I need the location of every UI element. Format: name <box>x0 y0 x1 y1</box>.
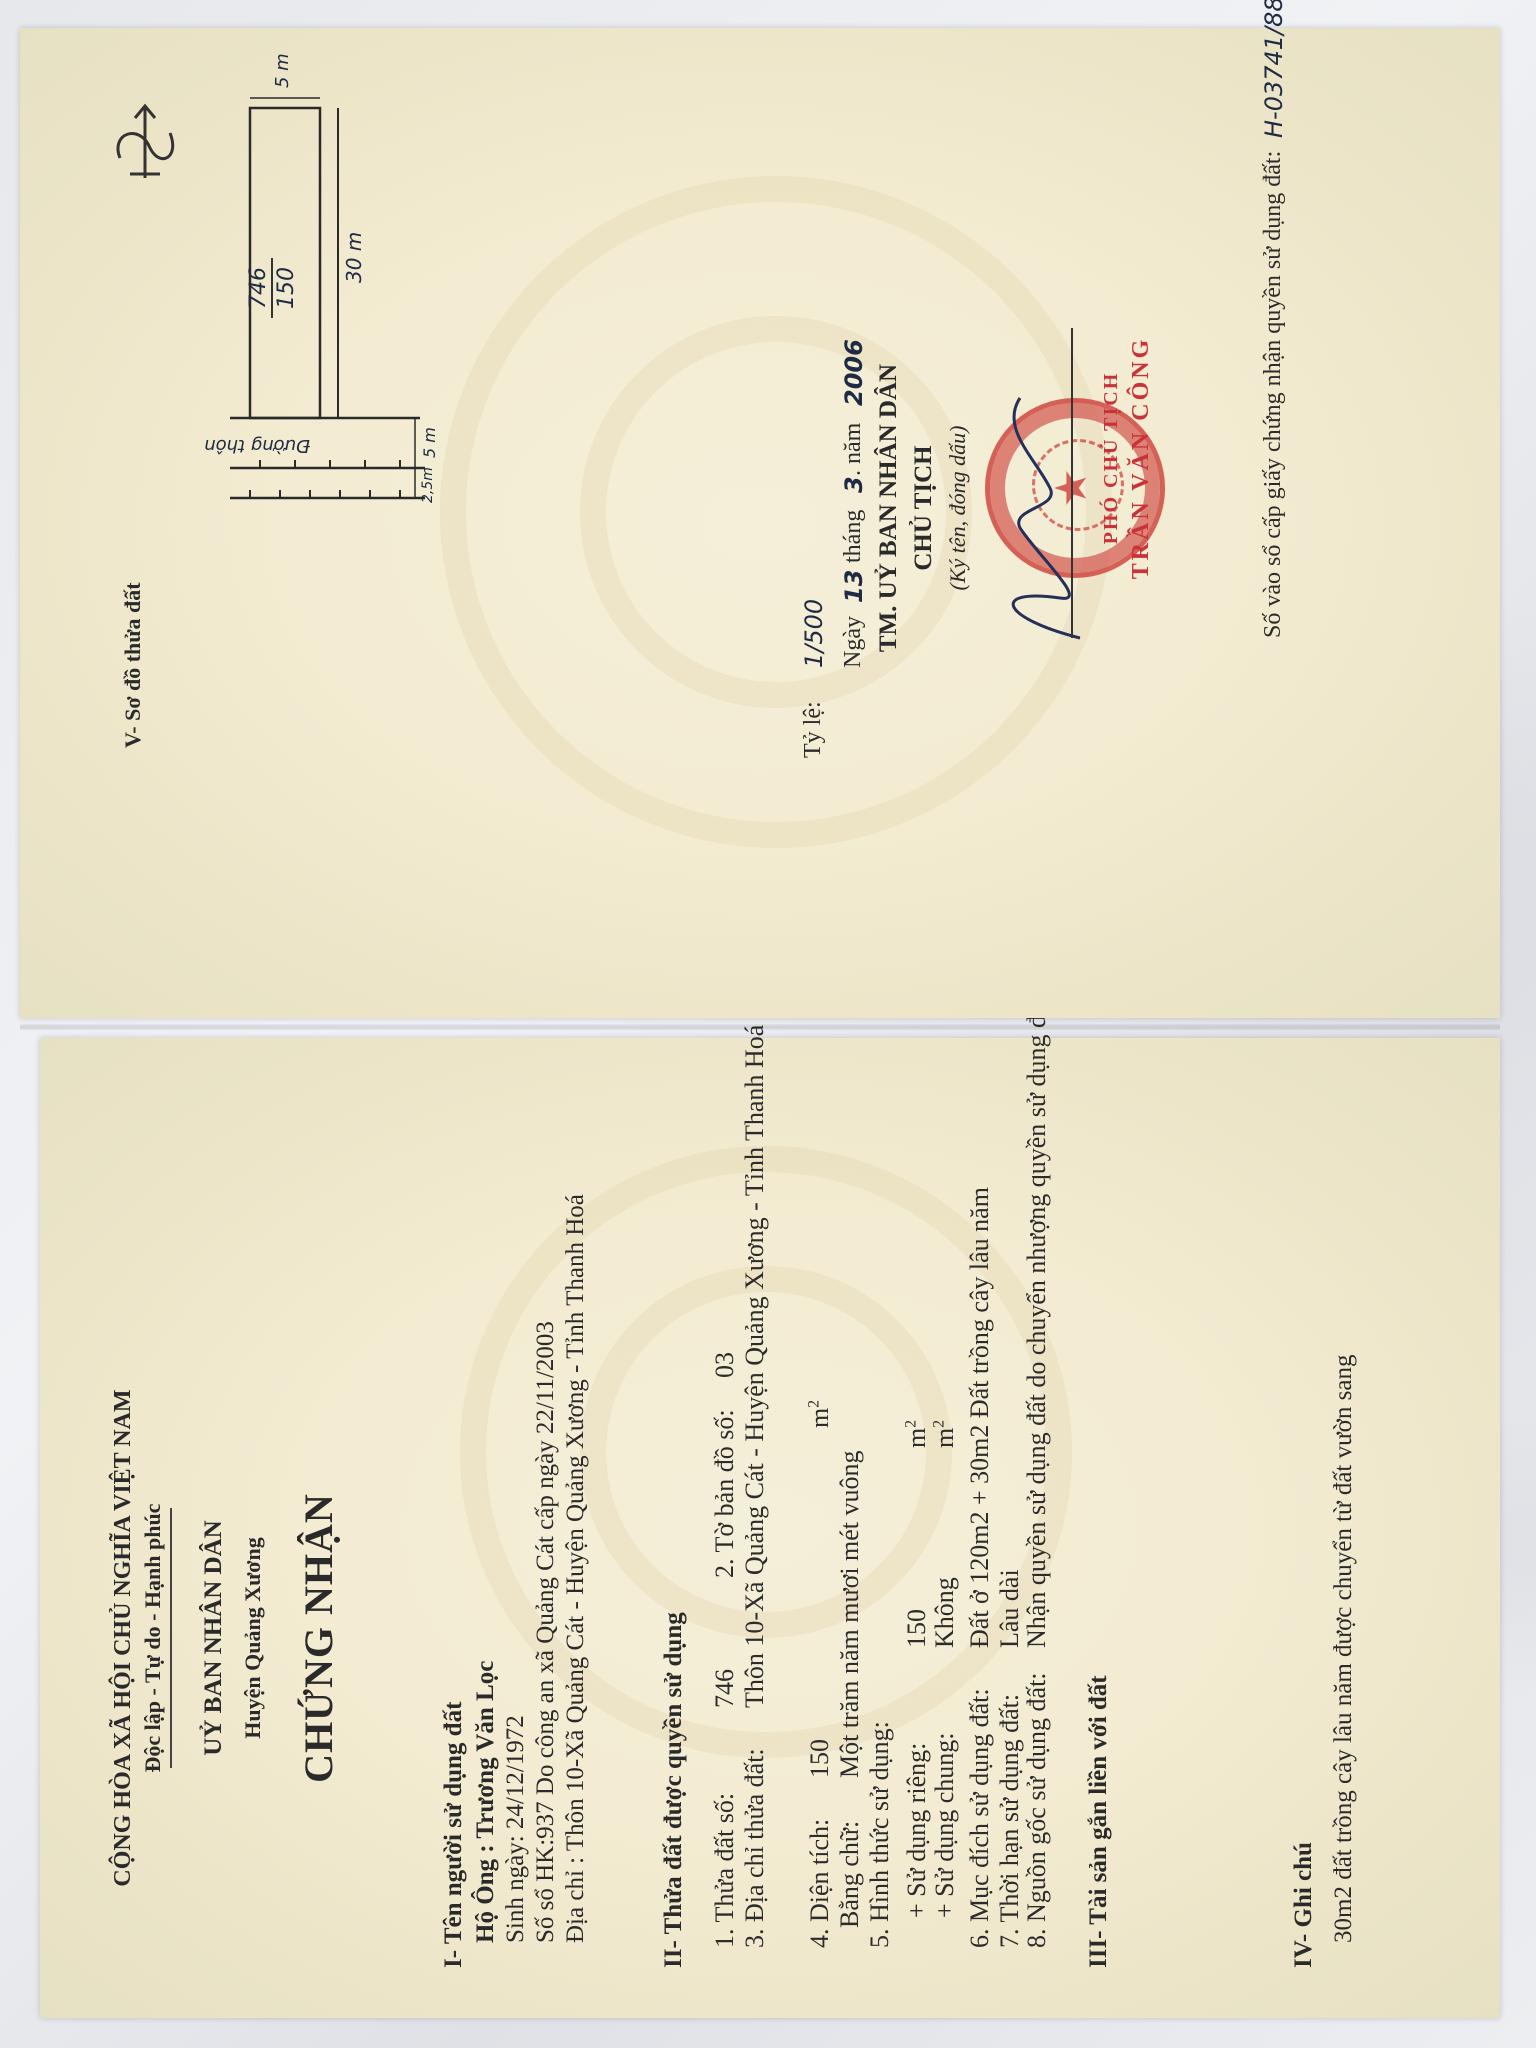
origin-value: Nhận quyền sử dụng đất do chuyển nhượng … <box>1022 977 1052 1648</box>
private-use-value: 150 <box>902 1609 932 1648</box>
road-width-label: 5 m <box>420 427 439 458</box>
year-prefix: . năm <box>840 423 867 476</box>
holder-name: Hộ Ông : Trương Văn Lọc <box>472 1661 500 1943</box>
usage-form-label: 5. Hình thức sử dụng: <box>865 1721 895 1948</box>
road-label: Đường thôn <box>204 435 310 456</box>
month-prefix: tháng <box>840 510 867 563</box>
purpose-label: 6. Mục đích sử dụng đất: <box>965 1688 995 1948</box>
parcel-number-label: 1. Thửa đất số: <box>710 1793 740 1948</box>
scale-label: Tỷ lệ: <box>800 701 827 758</box>
section4-heading: IV- Ghi chú <box>1290 1842 1318 1968</box>
parcel-address-value: Thôn 10-Xã Quảng Cát - Huyện Quảng Xương… <box>740 1025 770 1708</box>
verge-width-label: 2,5m <box>420 467 436 503</box>
on-behalf-label: TM. UỶ BAN NHÂN DÂN <box>875 298 903 718</box>
signer-role: CHỦ TỊCH <box>910 298 938 718</box>
term-value: Lâu dài <box>995 1569 1025 1648</box>
purpose-value: Đất ở 120m2 + 30m2 Đất trồng cây lâu năm <box>965 1187 995 1648</box>
household-book: Số sổ HK:937 Do công an xã Quảng Cát cấp… <box>532 1321 560 1943</box>
section2-heading: II- Thửa đất được quyền sử dụng <box>660 1612 688 1968</box>
issue-day: 13 <box>840 570 868 603</box>
plot-width-label: 5 m <box>272 53 293 88</box>
plot-length-label: 30 m <box>342 232 366 283</box>
page-fold <box>20 1024 1500 1030</box>
area-words-value: Một trăm năm mươi mét vuông <box>835 1450 865 1778</box>
parcel-address-label: 3. Địa chỉ thửa đất: <box>740 1748 770 1948</box>
national-motto: Độc lập - Tự do - Hạnh phúc <box>140 1358 166 1918</box>
shared-use-unit: m2 <box>930 1420 960 1448</box>
plot-parcel-number: 746 <box>246 258 273 318</box>
registry-number: H-03741/8800 <box>1260 0 1288 138</box>
parcel-number-value: 746 <box>710 1669 740 1708</box>
private-use-unit: m2 <box>902 1420 932 1448</box>
holder-dob: Sinh ngày: 24/12/1972 <box>502 1715 530 1943</box>
area-words-label: Bằng chữ: <box>835 1821 865 1928</box>
area-unit: m2 <box>805 1400 835 1428</box>
issue-month: 3 <box>840 476 868 493</box>
map-sheet-value: 03 <box>710 1352 740 1378</box>
map-sheet-label: 2. Tờ bản đồ số: <box>710 1409 740 1578</box>
motto-underline <box>170 1508 172 1768</box>
certificate-left-page: CỘNG HÒA XÃ HỘI CHỦ NGHĨA VIỆT NAM Độc l… <box>40 1038 1500 2018</box>
section4-note: 30m2 đất trồng cây lâu năm được chuyển t… <box>1330 1355 1358 1943</box>
section1-heading: I- Tên người sử dụng đất <box>440 1702 468 1968</box>
holder-address: Địa chỉ : Thôn 10-Xã Quảng Cát - Huyện Q… <box>562 1194 590 1943</box>
signer-title: PHÓ CHỦ TỊCH <box>1100 248 1123 668</box>
handwritten-signature <box>980 318 1110 658</box>
signer-name: TRẦN VĂN CÔNG <box>1128 248 1155 668</box>
shared-use-label: + Sử dụng chung: <box>930 1733 960 1918</box>
signature-instruction: (Ký tên, đóng dấu) <box>945 298 971 718</box>
private-use-label: + Sử dụng riêng: <box>902 1743 932 1918</box>
origin-label: 8. Nguồn gốc sử dụng đất: <box>1022 1672 1052 1948</box>
certificate-right-page: V- Sơ đồ thửa đất <box>20 28 1500 1018</box>
area-label: 4. Diện tích: <box>805 1819 835 1948</box>
issuer-name: UỶ BAN NHÂN DÂN <box>200 1358 228 1918</box>
registry-label: Số vào sổ cấp giấy chứng nhận quyền sử d… <box>1260 151 1287 638</box>
date-prefix: Ngày <box>840 616 867 668</box>
issue-year: 2006 <box>840 339 868 406</box>
scale-value: 1/500 <box>800 599 828 668</box>
shared-use-value: Không <box>930 1577 960 1648</box>
plot-area: 150 <box>274 258 299 318</box>
national-title: CỘNG HÒA XÃ HỘI CHỦ NGHĨA VIỆT NAM <box>110 1358 137 1918</box>
north-arrow-icon <box>100 98 190 188</box>
certificate-title: CHỨNG NHẬN <box>295 1358 342 1918</box>
section5-heading: V- Sơ đồ thửa đất <box>120 582 146 748</box>
issuer-district: Huyện Quảng Xương <box>240 1358 266 1918</box>
land-use-certificate: CỘNG HÒA XÃ HỘI CHỦ NGHĨA VIỆT NAM Độc l… <box>0 0 1536 2048</box>
section3-heading: III- Tài sản gắn liền với đất <box>1085 1675 1113 1968</box>
term-label: 7. Thời hạn sử dụng đất: <box>995 1694 1025 1948</box>
area-value: 150 <box>805 1739 835 1778</box>
